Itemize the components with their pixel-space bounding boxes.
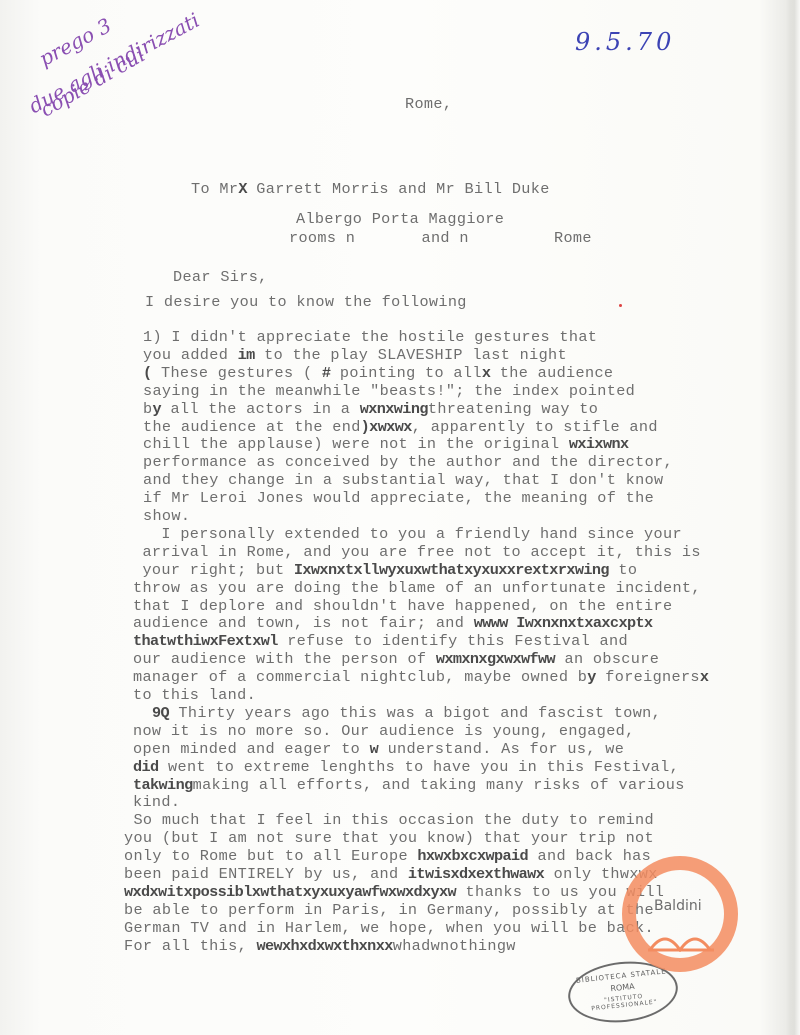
typed-strikeover: )xwxwx bbox=[361, 418, 412, 436]
typed-text: I personally extended to you a friendly … bbox=[133, 525, 682, 543]
recipient-line: To MrX Garrett Morris and Mr Bill Duke bbox=[191, 180, 550, 198]
typed-text: audience and town, is not fair; and bbox=[133, 614, 474, 632]
letter-line: throw as you are doing the blame of an u… bbox=[133, 579, 701, 597]
typed-text: to bbox=[609, 561, 637, 579]
typed-text: Thirty years ago this was a bigot and fa… bbox=[169, 704, 661, 722]
typed-text: you (but I am not sure that you know) th… bbox=[124, 829, 654, 847]
typed-text: to the play SLAVESHIP last night bbox=[255, 346, 567, 364]
intro-line: I desire you to know the following bbox=[145, 293, 467, 311]
typed-text: if Mr Leroi Jones would appreciate, the … bbox=[143, 489, 654, 507]
letter-line: did went to extreme lenghths to have you… bbox=[133, 758, 679, 776]
typed-text: threatening way to bbox=[428, 400, 598, 418]
address-line-2: rooms n and n Rome bbox=[289, 229, 592, 247]
typed-text: that I deplore and shouldn't have happen… bbox=[133, 597, 672, 615]
typed-text: performance as conceived by the author a… bbox=[143, 453, 673, 471]
letter-line: that I deplore and shouldn't have happen… bbox=[133, 597, 672, 615]
typed-text: These gestures ( bbox=[152, 364, 322, 382]
letter-line: open minded and eager to w understand. A… bbox=[133, 740, 624, 758]
letter-line: audience and town, is not fair; and wwww… bbox=[133, 614, 653, 632]
letter-line: arrival in Rome, and you are free not to… bbox=[133, 543, 701, 561]
typed-strikeover: x bbox=[700, 668, 709, 686]
letter-place: Rome, bbox=[405, 95, 452, 113]
letter-line: thatwthiwxFextxwl refuse to identify thi… bbox=[133, 632, 628, 650]
typed-text: 1) I didn't appreciate the hostile gestu… bbox=[143, 328, 597, 346]
double-arch-icon bbox=[648, 928, 714, 952]
typed-text: and they change in a substantial way, th… bbox=[143, 471, 664, 489]
typed-strikeover: Ixwxnxtxllwyxuxwthatxyxuxxrextxrxwing bbox=[294, 561, 609, 579]
salutation: Dear Sirs, bbox=[173, 268, 268, 286]
letter-line: chill the applause) were not in the orig… bbox=[143, 435, 629, 453]
letter-line: 1) I didn't appreciate the hostile gestu… bbox=[143, 328, 597, 346]
letter-line: show. bbox=[143, 507, 190, 525]
letter-line: kind. bbox=[133, 793, 180, 811]
typed-strikeover: wwww Iwxnxnxtxaxcxptx bbox=[474, 614, 653, 632]
typed-strikeover: ( bbox=[143, 364, 152, 382]
typed-text: , apparently to stifle and bbox=[412, 418, 658, 436]
typed-text: only to Rome but to all Europe bbox=[124, 847, 417, 865]
typed-text: kind. bbox=[133, 793, 180, 811]
typed-strikeover: w bbox=[370, 740, 379, 758]
typed-strikeover: itwisxdxexthwawx bbox=[408, 865, 544, 883]
letter-line: our audience with the person of wxmxnxgx… bbox=[133, 650, 659, 668]
typed-text: show. bbox=[143, 507, 190, 525]
ink-speck bbox=[619, 304, 622, 307]
recipient-prefix: To Mr bbox=[191, 180, 238, 198]
typed-text: whadwnothingw bbox=[393, 937, 516, 955]
typed-text: all the actors in a bbox=[161, 400, 360, 418]
letter-line: you added im to the play SLAVESHIP last … bbox=[143, 346, 567, 364]
letter-line: ( These gestures ( # pointing to allx th… bbox=[143, 364, 613, 382]
typed-text: our audience with the person of bbox=[133, 650, 436, 668]
typed-text: an obscure bbox=[555, 650, 659, 668]
address-line-1: Albergo Porta Maggiore bbox=[296, 210, 504, 228]
letter-line: performance as conceived by the author a… bbox=[143, 453, 673, 471]
typed-text: the audience at the end bbox=[143, 418, 361, 436]
letter-line: by all the actors in a wxnxwingthreateni… bbox=[143, 400, 598, 418]
letter-line: For all this, wewxhxdxwxthxnxxwhadwnothi… bbox=[124, 937, 516, 955]
letter-line: the audience at the end)xwxwx, apparentl… bbox=[143, 418, 658, 436]
letter-line: your right; but Ixwxnxtxllwyxuxwthatxyxu… bbox=[133, 561, 637, 579]
typed-text: arrival in Rome, and you are free not to… bbox=[133, 543, 701, 561]
typed-text: you added bbox=[143, 346, 238, 364]
typed-strikeover: wewxhxdxwxthxnxx bbox=[257, 937, 393, 955]
typed-text: be able to perform in Paris, in Germany,… bbox=[124, 901, 654, 919]
letter-line: I personally extended to you a friendly … bbox=[133, 525, 682, 543]
letter-line: 9Q Thirty years ago this was a bigot and… bbox=[133, 704, 661, 722]
typed-strikeover: wxdxwitxpossiblxwthatxyxuxyawfwxwxdxyxw bbox=[124, 883, 456, 901]
typed-text bbox=[133, 704, 152, 722]
letter-line: takwingmaking all efforts, and taking ma… bbox=[133, 776, 685, 794]
typed-text: the audience bbox=[490, 364, 613, 382]
letter-line: German TV and in Harlem, we hope, when y… bbox=[124, 919, 654, 937]
typed-strikeover: wxnxwing bbox=[360, 400, 428, 418]
typed-strikeover: im bbox=[238, 346, 255, 364]
typed-text: went to extreme lenghths to have you in … bbox=[159, 758, 680, 776]
typed-text: been paid ENTIRELY by us, and bbox=[124, 865, 408, 883]
letter-line: manager of a commercial nightclub, maybe… bbox=[133, 668, 708, 686]
typed-text: understand. As for us, we bbox=[378, 740, 624, 758]
letter-line: wxdxwitxpossiblxwthatxyxuxyawfwxwxdxyxw … bbox=[124, 883, 664, 901]
recipient-names: Garrett Morris and Mr Bill Duke bbox=[247, 180, 550, 198]
letter-line: you (but I am not sure that you know) th… bbox=[124, 829, 654, 847]
typed-strikeover: y bbox=[152, 400, 161, 418]
typed-text: foreigners bbox=[596, 668, 700, 686]
typed-text: saying in the meanwhile "beasts!"; the i… bbox=[143, 382, 635, 400]
letter-line: to this land. bbox=[133, 686, 256, 704]
typed-text: German TV and in Harlem, we hope, when y… bbox=[124, 919, 654, 937]
letter-line: So much that I feel in this occasion the… bbox=[124, 811, 654, 829]
typed-text: making all efforts, and taking many risk… bbox=[193, 776, 685, 794]
typed-strikeover: hxwxbxcxwpaid bbox=[417, 847, 528, 865]
letter-line: be able to perform in Paris, in Germany,… bbox=[124, 901, 654, 919]
baldini-watermark-logo: Baldini bbox=[622, 856, 738, 972]
typed-text: chill the applause) were not in the orig… bbox=[143, 435, 569, 453]
typed-text: and back has bbox=[528, 847, 651, 865]
typed-text: pointing to all bbox=[330, 364, 481, 382]
recipient-strikeover: X bbox=[238, 180, 247, 198]
typed-text: open minded and eager to bbox=[133, 740, 370, 758]
typed-text: refuse to identify this Festival and bbox=[278, 632, 628, 650]
letter-line: if Mr Leroi Jones would appreciate, the … bbox=[143, 489, 654, 507]
typed-strikeover: wxixwnx bbox=[569, 435, 629, 453]
letter-line: only to Rome but to all Europe hxwxbxcxw… bbox=[124, 847, 651, 865]
letter-line: and they change in a substantial way, th… bbox=[143, 471, 664, 489]
typed-strikeover: wxmxnxgxwxwfww bbox=[436, 650, 555, 668]
typed-strikeover: thatwthiwxFextxwl bbox=[133, 632, 278, 650]
typed-text: to this land. bbox=[133, 686, 256, 704]
typed-strikeover: did bbox=[133, 758, 159, 776]
typed-strikeover: takwing bbox=[133, 776, 193, 794]
watermark-label: Baldini bbox=[654, 898, 702, 914]
typed-text: So much that I feel in this occasion the… bbox=[124, 811, 654, 829]
handwritten-date: 9.5.70 bbox=[575, 28, 675, 56]
letter-line: saying in the meanwhile "beasts!"; the i… bbox=[143, 382, 635, 400]
typed-text: manager of a commercial nightclub, maybe… bbox=[133, 668, 587, 686]
typed-text: your right; but bbox=[133, 561, 294, 579]
typed-strikeover: y bbox=[587, 668, 596, 686]
typed-text: For all this, bbox=[124, 937, 257, 955]
typed-text: throw as you are doing the blame of an u… bbox=[133, 579, 701, 597]
paper-fold-shadow bbox=[786, 0, 800, 1035]
typed-text: now it is no more so. Our audience is yo… bbox=[133, 722, 635, 740]
letter-line: been paid ENTIRELY by us, and itwisxdxex… bbox=[124, 865, 658, 883]
letter-line: now it is no more so. Our audience is yo… bbox=[133, 722, 635, 740]
typed-strikeover: 9Q bbox=[152, 704, 169, 722]
